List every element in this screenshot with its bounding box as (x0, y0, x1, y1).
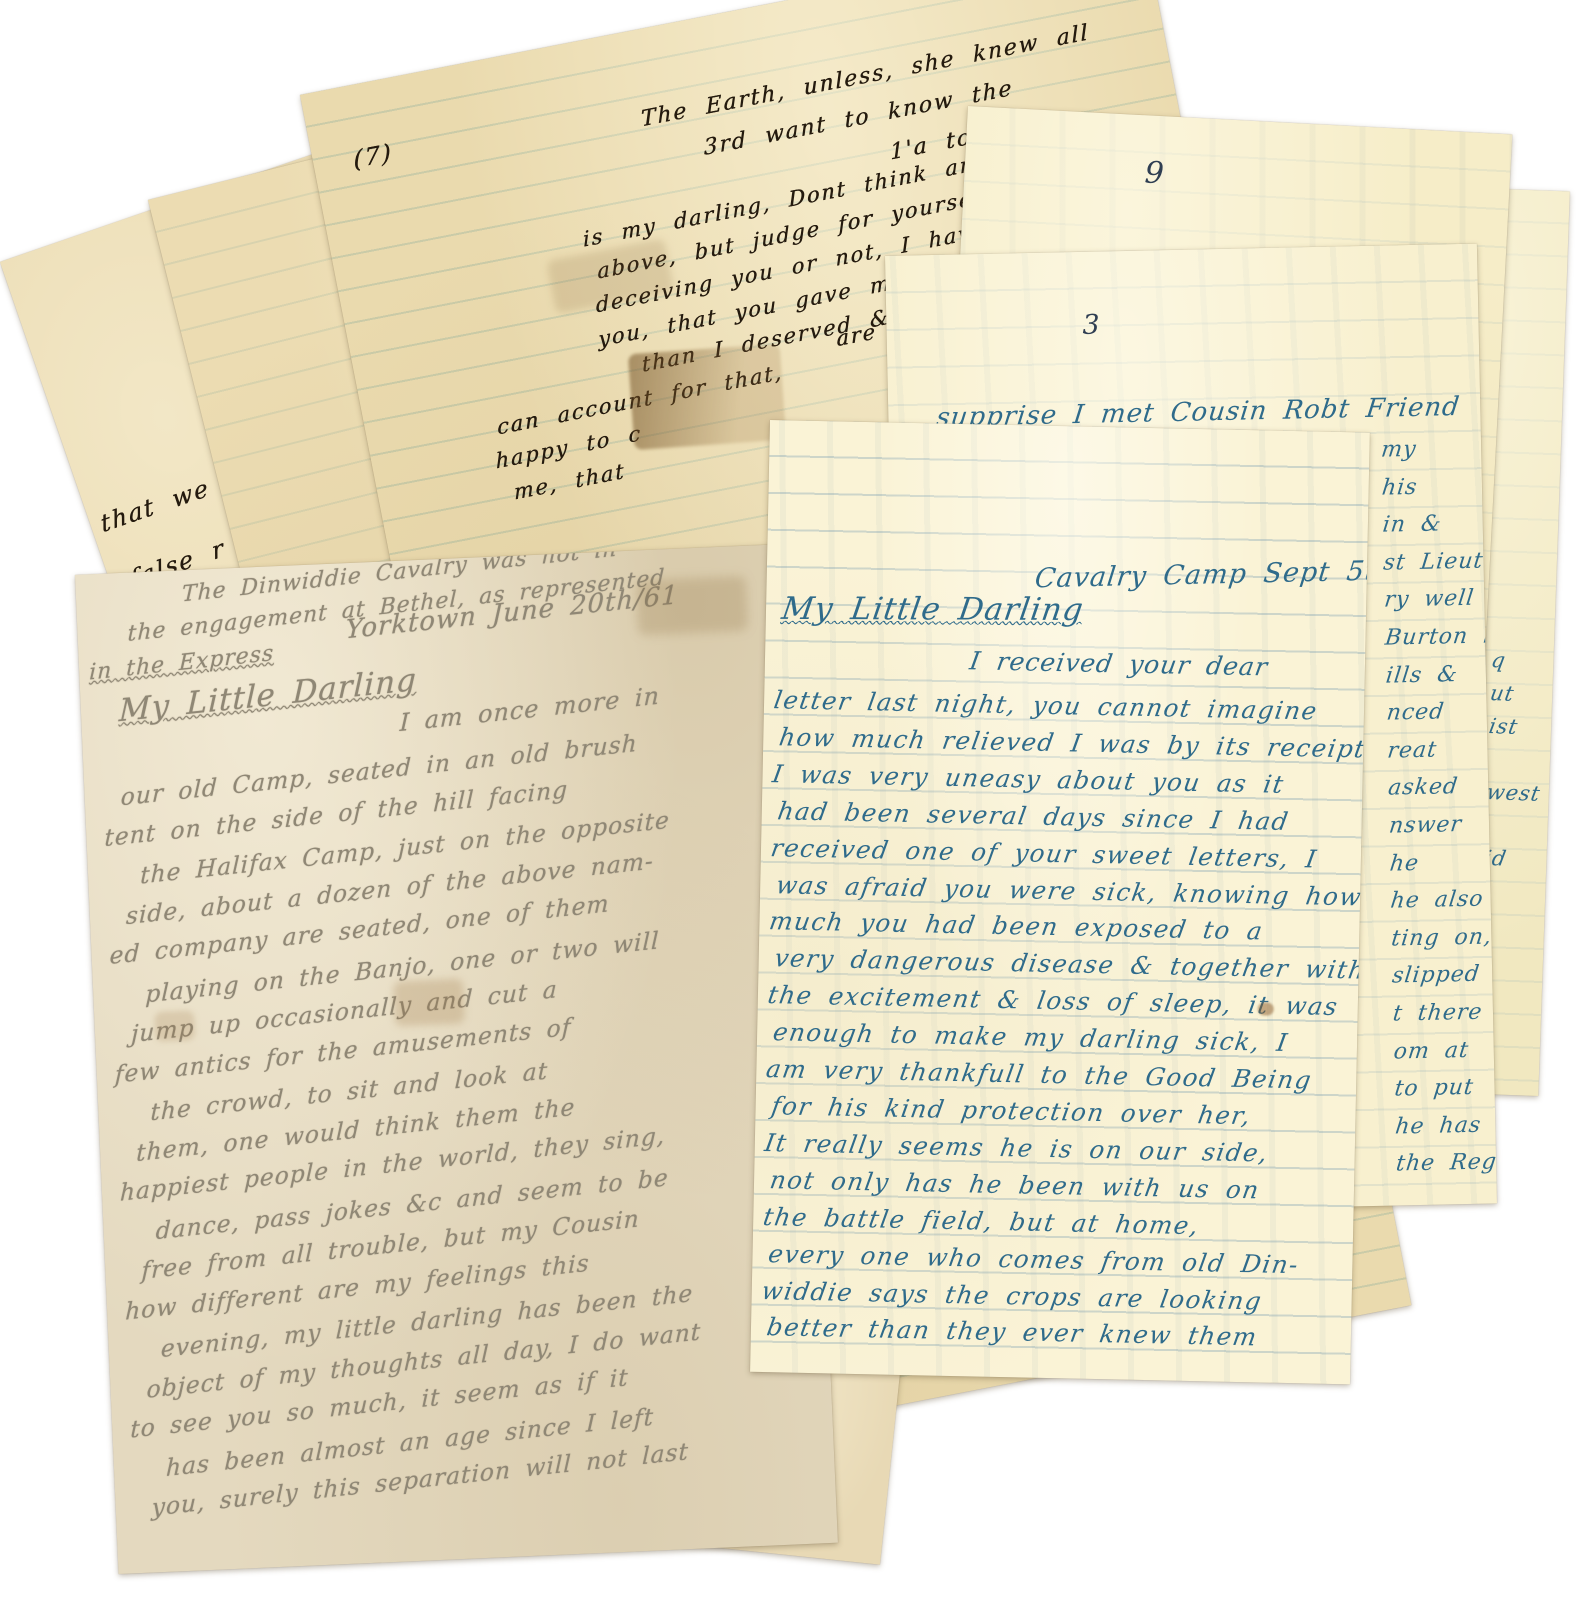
letters-photo: that wefalse rthosemy ofthis rohas beeof… (0, 0, 1578, 1600)
letter-line-fragment: to put (1392, 1067, 1497, 1108)
letter-line-fragment: my (1379, 428, 1497, 469)
page-number: (7) (353, 138, 394, 174)
foxing-spot (154, 1010, 195, 1042)
letter-line-fragment: q (1488, 644, 1547, 679)
letter-line-fragment: ist (1486, 710, 1545, 745)
letter-line-fragment: Burton is & (1383, 616, 1497, 657)
letter-line-fragment: om at (1392, 1030, 1497, 1071)
letter-salutation: My Little Darling (779, 591, 1086, 628)
letter-edge-fragments: myhisin &st Lieutry wellBurton is &ills … (1381, 428, 1497, 1183)
letter-line-fragment (1483, 809, 1542, 844)
letter-line-fragment: asked (1386, 767, 1497, 808)
letter-sheet-yorktown: The Dinwiddie Cavalry was not inthe enga… (75, 544, 838, 1574)
letter-body-lines: our old Camp, seated in an old brushtent… (100, 754, 710, 1529)
letter-dateline: Cavalry Camp Sept 5th 1861 (1033, 553, 1370, 594)
foxing-spot (636, 576, 748, 636)
letter-line-fragment: ting on, (1389, 917, 1497, 958)
letter-line-fragment: he (1388, 842, 1497, 883)
letter-sheet-cavalry-camp: Cavalry Camp Sept 5th 1861 My Little Dar… (750, 420, 1370, 1384)
letter-line-fragment: the Regt (1394, 1142, 1497, 1183)
foxing-spot (1258, 1002, 1274, 1015)
page-number: 9 (1144, 155, 1165, 191)
letter-line-fragment: nced (1384, 691, 1497, 732)
tape-stain (628, 344, 786, 450)
letter-body-lines: letter last night, you cannot imaginehow… (761, 682, 1370, 1359)
letter-line-fragment: st Lieut (1381, 541, 1497, 582)
letter-line-fragment: he has (1393, 1105, 1497, 1146)
letter-line-fragment: ry well (1382, 579, 1497, 620)
letter-line-fragment: nswer (1387, 804, 1497, 845)
letter-line-fragment: west (1484, 776, 1543, 811)
letter-opening-line: I received your dear (968, 646, 1271, 681)
letter-edge-fragments: qutist west id (1484, 644, 1546, 877)
page-number: 3 (1082, 310, 1101, 341)
letter-line-fragment: his (1380, 466, 1497, 507)
letter-line-fragment: ut (1487, 677, 1546, 712)
foxing-spot (393, 978, 465, 1026)
letter-line-fragment: slipped (1390, 955, 1497, 996)
letter-line-fragment: id (1482, 842, 1541, 877)
letter-line-fragment: ills & (1384, 654, 1497, 695)
letter-line-fragment: in & (1381, 504, 1497, 545)
letter-line-fragment (1485, 743, 1544, 778)
letter-line-fragment: t there (1391, 992, 1497, 1033)
letter-line-fragment: he also (1388, 879, 1497, 920)
letter-line-fragment: reat (1385, 729, 1497, 770)
